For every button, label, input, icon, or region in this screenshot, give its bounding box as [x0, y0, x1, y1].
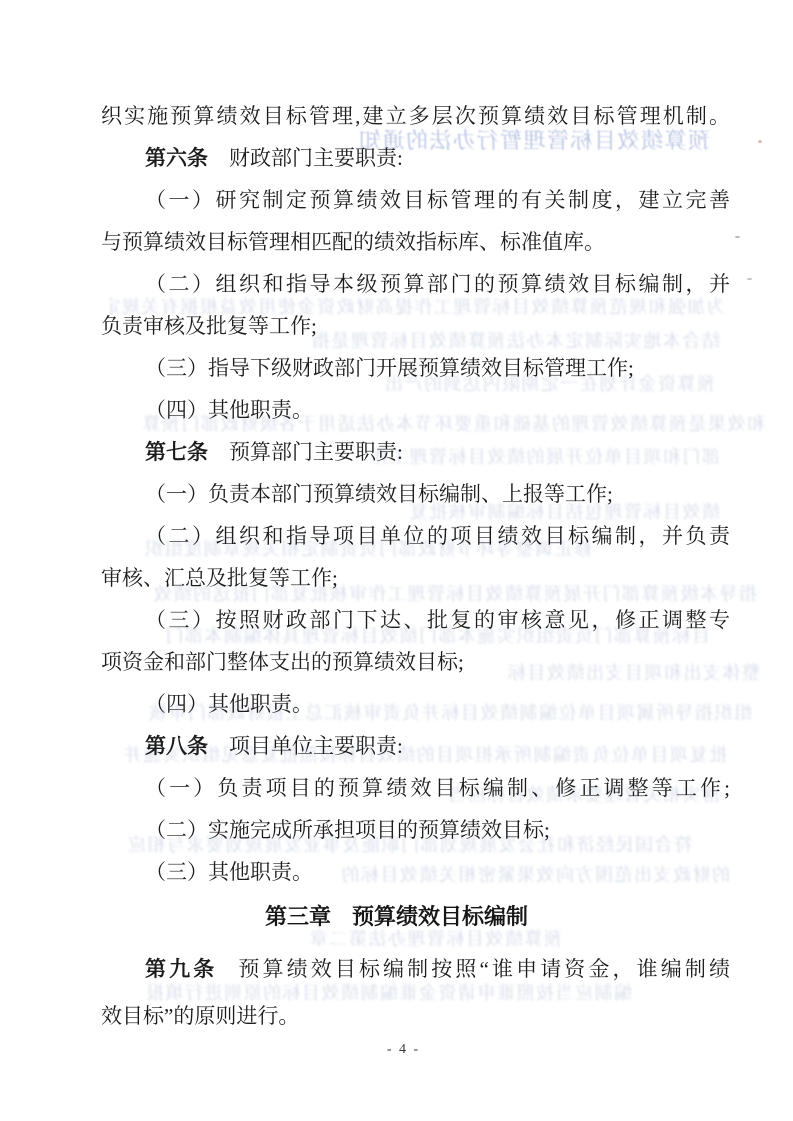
- scan-speck: [735, 236, 740, 238]
- article-number: 第七条: [145, 441, 208, 464]
- line-text: （一）研究制定预算绩效目标管理的有关制度，建立完善: [145, 188, 730, 212]
- line-text: （四）其他职责。: [145, 398, 313, 422]
- scan-speck: [758, 140, 762, 143]
- line-text: （二）组织和指导项目单位的项目绩效目标编制，并负责: [145, 524, 730, 548]
- text-line: （四）其他职责。: [101, 689, 730, 719]
- text-line: 效目标”的原则进行。: [101, 1001, 730, 1031]
- line-text: 预算绩效目标编制按照“谁申请资金，谁编制绩: [238, 957, 730, 981]
- line-text: 审核、汇总及批复等工作;: [101, 566, 338, 590]
- text-line: （三）其他职责。: [101, 857, 730, 887]
- line-text: （一）负责项目的预算绩效目标编制、修正调整等工作;: [145, 776, 730, 800]
- chapter-heading: 第三章预算绩效目标编制: [0, 902, 793, 932]
- line-text: （一）负责本部门预算绩效目标编制、上报等工作;: [145, 482, 613, 506]
- text-line: （二）实施完成所承担项目的预算绩效目标;: [101, 815, 730, 845]
- article-number: 第六条: [145, 147, 208, 170]
- line-text: 项目单位主要职责:: [229, 734, 403, 758]
- line-text: （三）指导下级财政部门开展预算绩效目标管理工作;: [145, 356, 634, 380]
- text-line: （一）负责本部门预算绩效目标编制、上报等工作;: [101, 479, 730, 509]
- scan-speck: [747, 278, 752, 280]
- text-line: 第七条预算部门主要职责:: [101, 437, 730, 467]
- scanned-page: 预算绩效目标管理暂行办法的通知 为加强和规范预算绩效目标管理工作提高财政资金使用…: [0, 0, 793, 1121]
- line-text: （二）实施完成所承担项目的预算绩效目标;: [145, 818, 550, 842]
- text-line: （三）按照财政部门下达、批复的审核意见，修正调整专: [101, 605, 730, 635]
- text-line: 第八条项目单位主要职责:: [101, 731, 730, 761]
- line-text: 负责审核及批复等工作;: [101, 314, 317, 338]
- article-number: 第九条: [145, 958, 217, 981]
- text-line: （一）研究制定预算绩效目标管理的有关制度，建立完善: [101, 185, 730, 215]
- text-line: （二）组织和指导本级预算部门的预算绩效目标编制，并: [101, 269, 730, 299]
- text-line: 织实施预算绩效目标管理,建立多层次预算绩效目标管理机制。: [101, 101, 730, 131]
- text-line: （一）负责项目的预算绩效目标编制、修正调整等工作;: [101, 773, 730, 803]
- text-line: 第六条财政部门主要职责:: [101, 143, 730, 173]
- line-text: （三）其他职责。: [145, 860, 313, 884]
- text-line: 审核、汇总及批复等工作;: [101, 563, 730, 593]
- text-line: （三）指导下级财政部门开展预算绩效目标管理工作;: [101, 353, 730, 383]
- line-text: （三）按照财政部门下达、批复的审核意见，修正调整专: [145, 608, 730, 632]
- article-number: 第八条: [145, 735, 208, 758]
- line-text: 项资金和部门整体支出的预算绩效目标;: [101, 650, 464, 674]
- line-text: 预算部门主要职责:: [229, 440, 403, 464]
- chapter-number: 第三章: [265, 904, 331, 929]
- line-text: （二）组织和指导本级预算部门的预算绩效目标编制，并: [145, 272, 730, 296]
- page-number: - 4 -: [14, 1042, 793, 1058]
- line-text: 效目标”的原则进行。: [101, 1004, 299, 1028]
- chapter-title: 预算绩效目标编制: [352, 904, 528, 929]
- line-text: 财政部门主要职责:: [229, 146, 403, 170]
- line-text: （四）其他职责。: [145, 692, 313, 716]
- text-line: 项资金和部门整体支出的预算绩效目标;: [101, 647, 730, 677]
- text-line: （四）其他职责。: [101, 395, 730, 425]
- line-text: 织实施预算绩效目标管理,建立多层次预算绩效目标管理机制。: [101, 104, 730, 128]
- text-line: （二）组织和指导项目单位的项目绩效目标编制，并负责: [101, 521, 730, 551]
- bleed-through-text: 预算绩效目标管理办法第二章: [309, 929, 563, 949]
- text-line: 负责审核及批复等工作;: [101, 311, 730, 341]
- text-line: 与预算绩效目标管理相匹配的绩效指标库、标准值库。: [101, 227, 730, 257]
- bleed-through-text: 编制应当按照谁申请资金谁编制绩效目标的原则进行填报: [145, 983, 633, 1003]
- line-text: 与预算绩效目标管理相匹配的绩效指标库、标准值库。: [101, 230, 605, 254]
- text-line: 第九条预算绩效目标编制按照“谁申请资金，谁编制绩: [101, 954, 730, 984]
